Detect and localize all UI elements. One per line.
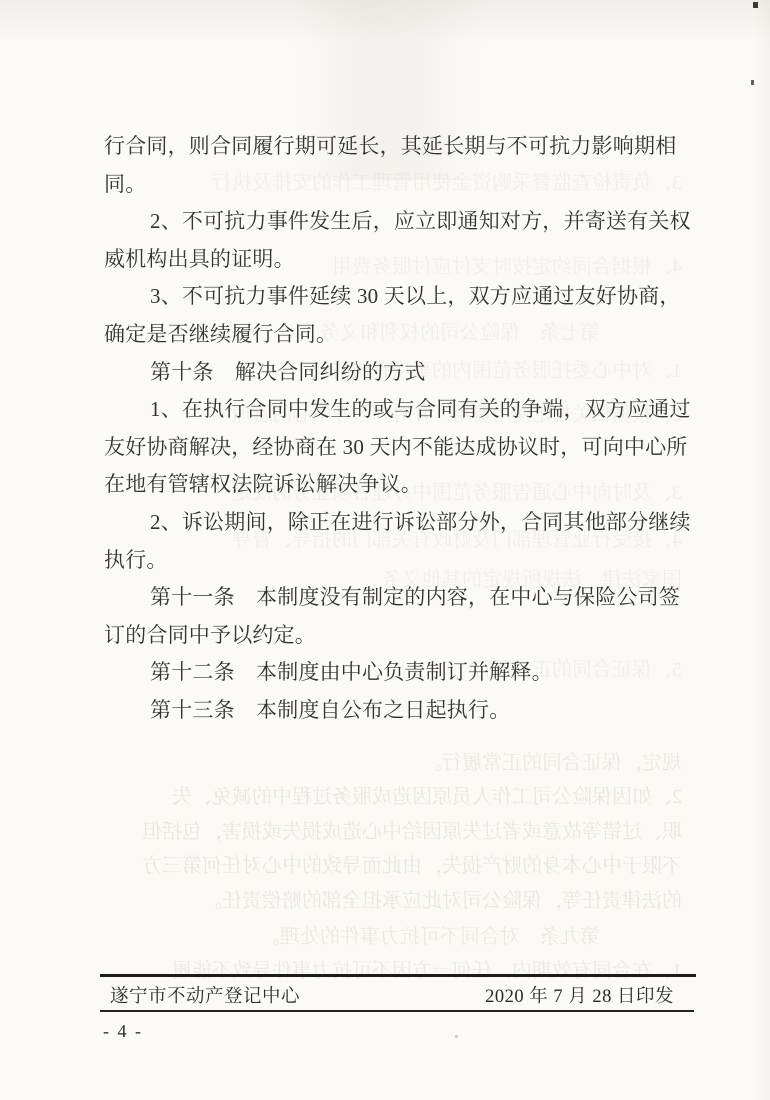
footer-rule-bottom	[100, 1010, 694, 1012]
body-line: 1、在执行合同中发生的或与合同有关的争端，双方应通过	[104, 391, 690, 429]
footer-row: 遂宁市不动产登记中心 2020 年 7 月 28 日印发	[110, 982, 674, 1008]
body-line: 2、诉讼期间，除正在进行诉讼部分外，合同其他部分继续	[104, 504, 690, 542]
bleedthrough-line: 职、过错等故意或者过失原因给中心造成损失或损害，包括但	[96, 817, 682, 847]
page-number: - 4 -	[103, 1021, 143, 1042]
footer-print-date: 2020 年 7 月 28 日印发	[485, 982, 674, 1008]
body-line: 行合同，则合同履行期可延长，其延长期与不可抗力影响期相	[104, 128, 690, 166]
bleedthrough-line: 第九条 对合同不可抗力事件的处理。	[170, 922, 600, 952]
body-line: 执行。	[104, 542, 690, 580]
body-line-article-11-heading: 第十一条 本制度没有制定的内容，在中心与保险公司签	[104, 579, 690, 617]
body-line: 同。	[104, 166, 690, 204]
footer-rule-top	[100, 974, 696, 977]
body-line-article-13-heading: 第十三条 本制度自公布之日起执行。	[104, 692, 690, 730]
body-line: 确定是否继续履行合同。	[104, 316, 690, 354]
body-line-article-12-heading: 第十二条 本制度由中心负责制订并解释。	[104, 654, 690, 692]
body-line: 2、不可抗力事件发生后，应立即通知对方，并寄送有关权	[104, 203, 690, 241]
body-line: 订的合同中予以约定。	[104, 617, 690, 655]
document-body: 行合同，则合同履行期可延长，其延长期与不可抗力影响期相 同。 2、不可抗力事件发…	[104, 128, 690, 730]
body-line: 在地有管辖权法院诉讼解决争议。	[104, 466, 690, 504]
footer-issuer: 遂宁市不动产登记中心	[110, 982, 300, 1008]
ink-speck	[751, 80, 754, 85]
ink-speck	[455, 1035, 458, 1038]
bleedthrough-line: 2、如因保险公司工作人员原因造成服务过程中的减免、失	[96, 782, 682, 812]
ink-speck	[753, 2, 758, 8]
body-line: 威机构出具的证明。	[104, 241, 690, 279]
body-line-article-10-heading: 第十条 解决合同纠纷的方式	[104, 354, 690, 392]
body-line: 3、不可抗力事件延续 30 天以上，双方应通过友好协商，	[104, 278, 690, 316]
bleedthrough-line: 不限于中心本身的财产损失，由此而导致的中心对任何第三方	[96, 851, 682, 881]
scanned-document-page: 3、负责检查监督采购资金使用管理工作的安排及执行 4、根据合同约定按时支付应付服…	[0, 0, 770, 1100]
bleedthrough-line: 规定，保证合同的正常履行。	[96, 748, 682, 778]
bleedthrough-line: 的法律责任等，保险公司对此应承担全部的赔偿责任。	[96, 886, 682, 916]
body-line: 友好协商解决，经协商在 30 天内不能达成协议时，可向中心所	[104, 429, 690, 467]
